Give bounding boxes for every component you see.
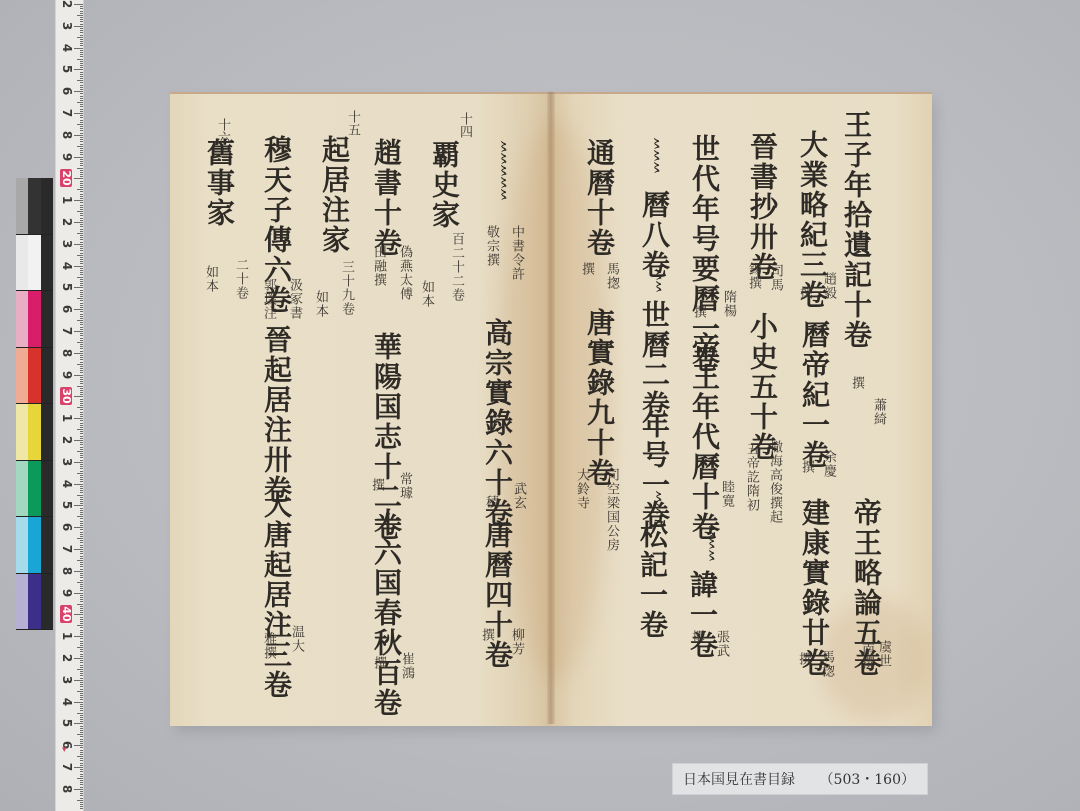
ruler-tick [80, 556, 83, 557]
entry-datang-qijuzhu: 大唐起居注三卷 [262, 490, 290, 700]
ruler-tick [77, 647, 83, 648]
entry-note: 撰 [850, 376, 863, 390]
entry-note: 睦寛 [720, 480, 733, 508]
entry-wangzinian-shiyiji: 王子年拾遺記十卷 [842, 110, 870, 350]
ruler-tick [80, 444, 83, 445]
ruler-tick [80, 584, 83, 585]
ruler-tick [74, 745, 83, 746]
entry-note: 三十九卷 [340, 260, 353, 316]
ruler-tick [77, 320, 83, 321]
ruler-tick [80, 492, 83, 493]
ruler-tick [77, 778, 83, 779]
entry-shili: 世曆二卷 [640, 300, 668, 420]
ruler-tick [80, 117, 83, 118]
section-number: 十五 [346, 110, 359, 136]
color-swatch-magenta [16, 291, 53, 347]
ruler-tick [80, 316, 83, 317]
ruler-tick [77, 233, 83, 234]
ruler-tick [80, 82, 83, 83]
ruler-tick [80, 630, 83, 631]
ruler-tick [80, 521, 83, 522]
ruler-tick [80, 503, 83, 504]
ruler-tick [74, 331, 83, 332]
ruler-tick [80, 682, 83, 683]
ruler-tick [77, 277, 83, 278]
ruler-tick [80, 19, 83, 20]
entry-note: 撰 [797, 652, 810, 666]
ruler-tick [80, 351, 83, 352]
entry-note: 余慶 [822, 450, 835, 478]
ruler-tick [80, 588, 83, 589]
entry-note: 敬宗撰 [485, 225, 498, 267]
ruler-tick [80, 499, 83, 500]
ruler-tick [77, 713, 83, 714]
ruler-tick [80, 246, 83, 247]
ruler-tick [77, 604, 83, 605]
ruler-tick [80, 170, 83, 171]
ruler-tick [80, 11, 83, 12]
ruler-label: 2 [61, 214, 73, 230]
ruler-tick [80, 643, 83, 644]
ruler-tick [80, 93, 83, 94]
ruler-tick [80, 152, 83, 153]
ruler-tick [80, 85, 83, 86]
ruler-tick [80, 606, 83, 607]
ruler-tick [74, 658, 83, 659]
ruler-label: 5 [61, 279, 73, 295]
ruler-tick [80, 449, 83, 450]
ruler-tick [74, 222, 83, 223]
ruler-tick [80, 333, 83, 334]
ruler-tick [80, 141, 83, 142]
entry-note: 田融撰 [372, 245, 385, 287]
ruler-tick [80, 730, 83, 731]
ruler-tick [74, 636, 83, 637]
ruler-tick [80, 486, 83, 487]
ruler-tick [80, 708, 83, 709]
section-number: 十四 [458, 112, 471, 138]
ruler-tick [80, 501, 83, 502]
ruler-label: 5 [61, 715, 73, 731]
ruler-tick [80, 39, 83, 40]
ruler-tick [80, 442, 83, 443]
ruler-tick [80, 100, 83, 101]
ruler-label: 3 [61, 236, 73, 252]
ruler-tick [80, 573, 83, 574]
ruler-tick [80, 43, 83, 44]
ditto-marks: 〻〻 [652, 268, 664, 292]
ruler-tick [80, 224, 83, 225]
ruler-tick [80, 137, 83, 138]
ruler-tick [80, 403, 83, 404]
ruler-tick [80, 765, 83, 766]
ruler-tick [80, 61, 83, 62]
ruler-tick [80, 534, 83, 535]
entry-note: 撰 [480, 628, 493, 642]
ruler-tick [80, 699, 83, 700]
entry-zhaoshu: 趙書十卷 [372, 138, 400, 258]
ditto-marks: 〻〻〻〻〻 [497, 140, 509, 200]
ruler-tick [80, 300, 83, 301]
ruler-tick [80, 689, 83, 690]
ruler-tick [80, 726, 83, 727]
ruler-tick [80, 285, 83, 286]
entry-note: 撰 [800, 460, 813, 474]
entry-li: 曆八卷 [640, 190, 668, 280]
ruler-tick [80, 774, 83, 775]
ruler-tick [80, 438, 83, 439]
ruler-tick [80, 257, 83, 258]
ruler-tick [80, 619, 83, 620]
ruler-tick [77, 255, 83, 256]
ruler-tick [77, 538, 83, 539]
ruler-tick [80, 198, 83, 199]
ruler-tick [80, 471, 83, 472]
entry-note: 隋楊 [722, 290, 735, 318]
ruler-tick [80, 414, 83, 415]
ruler-tick [80, 340, 83, 341]
ruler-tick [80, 130, 83, 131]
ruler-tick [80, 115, 83, 116]
ruler-label: 8 [61, 781, 73, 797]
ruler-tick [80, 704, 83, 705]
ruler-tick [74, 593, 83, 594]
ruler-tick [74, 723, 83, 724]
entry-note: 撤海高俊撰起 [768, 440, 781, 524]
ruler-tick [80, 595, 83, 596]
entry-note: 常璩 [398, 472, 411, 500]
ruler-tick [80, 612, 83, 613]
ruler-tick [80, 621, 83, 622]
ruler-tick [80, 344, 83, 345]
ruler-tick [77, 168, 83, 169]
entry-note: 撰 [690, 630, 703, 644]
ruler-tick [80, 383, 83, 384]
ruler-tick [80, 159, 83, 160]
ruler-tick [80, 335, 83, 336]
ruler-tick [74, 680, 83, 681]
ruler-tick [74, 462, 83, 463]
entry-note: 雅撰 [262, 632, 275, 660]
ruler-label: 9 [61, 149, 73, 165]
ruler-tick [80, 754, 83, 755]
ruler-tick [80, 488, 83, 489]
ruler-tick [80, 721, 83, 722]
entry-note: 撰 [370, 478, 383, 492]
ruler-tick [77, 625, 83, 626]
ruler-tick [80, 752, 83, 753]
ruler-tick [80, 67, 83, 68]
ruler-tick [80, 261, 83, 262]
ruler-tick [80, 235, 83, 236]
ruler-tick [80, 185, 83, 186]
ruler-tick [74, 396, 83, 397]
ruler-tick [80, 508, 83, 509]
ruler-tick [74, 26, 83, 27]
ruler-tick [80, 76, 83, 77]
ruler-tick [74, 69, 83, 70]
ruler-tick [80, 791, 83, 792]
ruler-tick [80, 237, 83, 238]
ruler-tick [80, 176, 83, 177]
ruler-tick [77, 211, 83, 212]
ruler-tick [80, 74, 83, 75]
ruler-tick [80, 13, 83, 14]
caption-title: 日本国見在書目録 [683, 769, 795, 789]
entry-note: 温大 [290, 625, 303, 653]
ruler-tick [80, 394, 83, 395]
ruler-tick [80, 104, 83, 105]
section-heading-bashi: 覇史家 [430, 140, 458, 230]
ruler-tick [80, 390, 83, 391]
ruler-tick [80, 263, 83, 264]
ruler-tick [80, 586, 83, 587]
ruler-tick [80, 608, 83, 609]
ruler-label: 6 [61, 519, 73, 535]
ruler-tick [80, 111, 83, 112]
ruler-tick [80, 174, 83, 175]
ruler-tick [80, 425, 83, 426]
ruler-tick [80, 392, 83, 393]
ruler-tick [74, 614, 83, 615]
ruler-tick [80, 8, 83, 9]
ruler-tick [74, 702, 83, 703]
ruler-label: 2 [61, 0, 73, 12]
ruler-tick [80, 314, 83, 315]
entry-note: 撰 [372, 656, 385, 670]
ruler-tick [80, 207, 83, 208]
ruler-tick [77, 582, 83, 583]
ruler-tick [80, 634, 83, 635]
entry-note: 司馬 [769, 264, 782, 292]
entry-note: 郭璞注 [262, 278, 275, 320]
ruler-tick [74, 266, 83, 267]
ruler-tick [80, 63, 83, 64]
ruler-tick [80, 728, 83, 729]
ruler-tick [80, 311, 83, 312]
ruler-tick [80, 205, 83, 206]
ruler-tick [74, 484, 83, 485]
section-heading-qijuzhu: 起居注家 [320, 135, 348, 255]
ruler-tick [80, 346, 83, 347]
ruler-tick [80, 96, 83, 97]
ruler-tick [80, 468, 83, 469]
ruler-tick [80, 460, 83, 461]
ruler-tick [80, 514, 83, 515]
ruler-tick [80, 279, 83, 280]
ruler-tick [80, 806, 83, 807]
ruler-tick [80, 270, 83, 271]
section-heading-jiushi: 舊事家 [205, 138, 233, 228]
ruler-tick [80, 671, 83, 672]
ruler-tick [80, 294, 83, 295]
entry-note: 如本 [314, 290, 327, 318]
ruler-tick [80, 183, 83, 184]
ruler-tick [80, 372, 83, 373]
ruler-tick [80, 684, 83, 685]
ruler-tick [80, 617, 83, 618]
ruler-tick [80, 654, 83, 655]
entry-note: 蕭綺 [872, 398, 885, 426]
ruler-tick [80, 218, 83, 219]
ruler-tick [80, 268, 83, 269]
entry-tang-shilu: 唐實錄九十卷 [585, 308, 613, 488]
ruler-tick [80, 412, 83, 413]
color-swatch-red [16, 348, 53, 404]
ruler-tick [74, 135, 83, 136]
ditto-marks: 〻〻 [652, 490, 664, 514]
ruler-tick [77, 386, 83, 387]
ruler-tick [80, 50, 83, 51]
ruler-tick [80, 106, 83, 107]
ruler-tick [80, 717, 83, 718]
ruler-label: 3 [61, 672, 73, 688]
ruler-tick [80, 35, 83, 36]
ruler-label: 3 [61, 18, 73, 34]
ruler-tick [80, 45, 83, 46]
ruler-tick [80, 545, 83, 546]
ruler-tick [80, 747, 83, 748]
ruler-tick [77, 800, 83, 801]
ruler-tick [80, 464, 83, 465]
ruler-tick [80, 362, 83, 363]
ruler-tick [80, 715, 83, 716]
catalog-caption: 日本国見在書目録 （503・160） [672, 763, 928, 795]
entry-songji: 松記一卷 [638, 520, 666, 640]
ruler-tick [80, 763, 83, 764]
ruler-tick [80, 793, 83, 794]
ruler-label: 7 [61, 759, 73, 775]
ruler-label: 9 [61, 367, 73, 383]
ruler-tick [80, 536, 83, 537]
ruler-tick [80, 736, 83, 737]
ruler-tick [74, 767, 83, 768]
ruler-label: 4 [61, 476, 73, 492]
ruler-tick [80, 787, 83, 788]
ruler-tick [80, 673, 83, 674]
ruler-tick [80, 739, 83, 740]
ruler-tick [80, 416, 83, 417]
ruler-tick [80, 322, 83, 323]
ruler-tick [80, 760, 83, 761]
ruler-tick [80, 481, 83, 482]
ruler-tick [80, 231, 83, 232]
ruler-tick [77, 734, 83, 735]
ruler-tick [80, 784, 83, 785]
ruler-label: 5 [61, 497, 73, 513]
ruler-tick [74, 244, 83, 245]
ruler-tick [80, 580, 83, 581]
ruler-tick [80, 41, 83, 42]
ruler-label: 8 [61, 563, 73, 579]
ruler-tick [80, 163, 83, 164]
entry-note: 崔鴻 [400, 652, 413, 680]
ruler-tick [80, 109, 83, 110]
ruler-tick [77, 59, 83, 60]
ruler-tick [80, 466, 83, 467]
ruler-label: 3 [61, 454, 73, 470]
ruler-tick [80, 651, 83, 652]
ruler-tick [77, 691, 83, 692]
ruler-tick [77, 451, 83, 452]
ruler-tick [80, 776, 83, 777]
ruler-tick [80, 697, 83, 698]
ruler-tick [80, 405, 83, 406]
ruler-tick [80, 590, 83, 591]
ruler-tick [74, 527, 83, 528]
ruler-tick [80, 213, 83, 214]
entry-tongli: 通曆十卷 [585, 138, 613, 258]
ruler-tick [77, 364, 83, 365]
ruler-tick [80, 780, 83, 781]
ruler-label: 2 [61, 650, 73, 666]
ruler-tick [77, 189, 83, 190]
ruler-tick [80, 540, 83, 541]
ruler-tick [80, 215, 83, 216]
ruler-tick [80, 379, 83, 380]
ruler-tick [80, 242, 83, 243]
ruler-tick [80, 798, 83, 799]
ruler-tick [80, 381, 83, 382]
ruler-tick [80, 795, 83, 796]
ruler-tick [80, 274, 83, 275]
ruler-tick [80, 627, 83, 628]
ruler-tick [80, 305, 83, 306]
entry-lidi-ji: 曆帝紀一卷 [800, 320, 828, 470]
color-swatch-yellow [16, 404, 53, 460]
ruler-tick [80, 89, 83, 90]
ruler-tick [77, 407, 83, 408]
ruler-tick [74, 309, 83, 310]
ruler-tick [80, 220, 83, 221]
entry-jin-qijuzhu: 晉起居注卅卷 [262, 325, 290, 505]
ruler-tick [80, 196, 83, 197]
ruler-label: 1 [61, 628, 73, 644]
entry-jinshu-chao: 晉書抄卅卷 [748, 132, 776, 282]
ruler-tick [80, 769, 83, 770]
ruler-tick [80, 638, 83, 639]
ruler-tick [77, 37, 83, 38]
ruler-tick [80, 172, 83, 173]
ruler-tick [80, 368, 83, 369]
entry-note: 大鈴寺 [575, 468, 588, 510]
ruler-tick [80, 678, 83, 679]
ruler-tick [80, 686, 83, 687]
ruler-tick [80, 154, 83, 155]
color-swatch-blue [16, 574, 53, 630]
ruler-tick [80, 52, 83, 53]
ruler-tick [80, 272, 83, 273]
entry-note: 武玄 [512, 482, 525, 510]
ruler-tick [80, 743, 83, 744]
caption-catalog-number: （503・160） [820, 769, 915, 789]
entry-note: 張武 [715, 630, 728, 658]
ruler-tick [74, 91, 83, 92]
ruler-marker-icon: ▾ [62, 745, 67, 755]
ruler-tick [77, 80, 83, 81]
ruler-tick [80, 693, 83, 694]
ruler-tick [77, 495, 83, 496]
ruler-tick [80, 632, 83, 633]
color-swatch-white [16, 235, 53, 291]
ruler-tick [80, 338, 83, 339]
ruler-tick [77, 516, 83, 517]
ruler-tick [80, 510, 83, 511]
ruler-label: 7 [61, 105, 73, 121]
ruler-tick [80, 65, 83, 66]
entry-note: 積 [484, 495, 497, 509]
ruler-tick [80, 24, 83, 25]
